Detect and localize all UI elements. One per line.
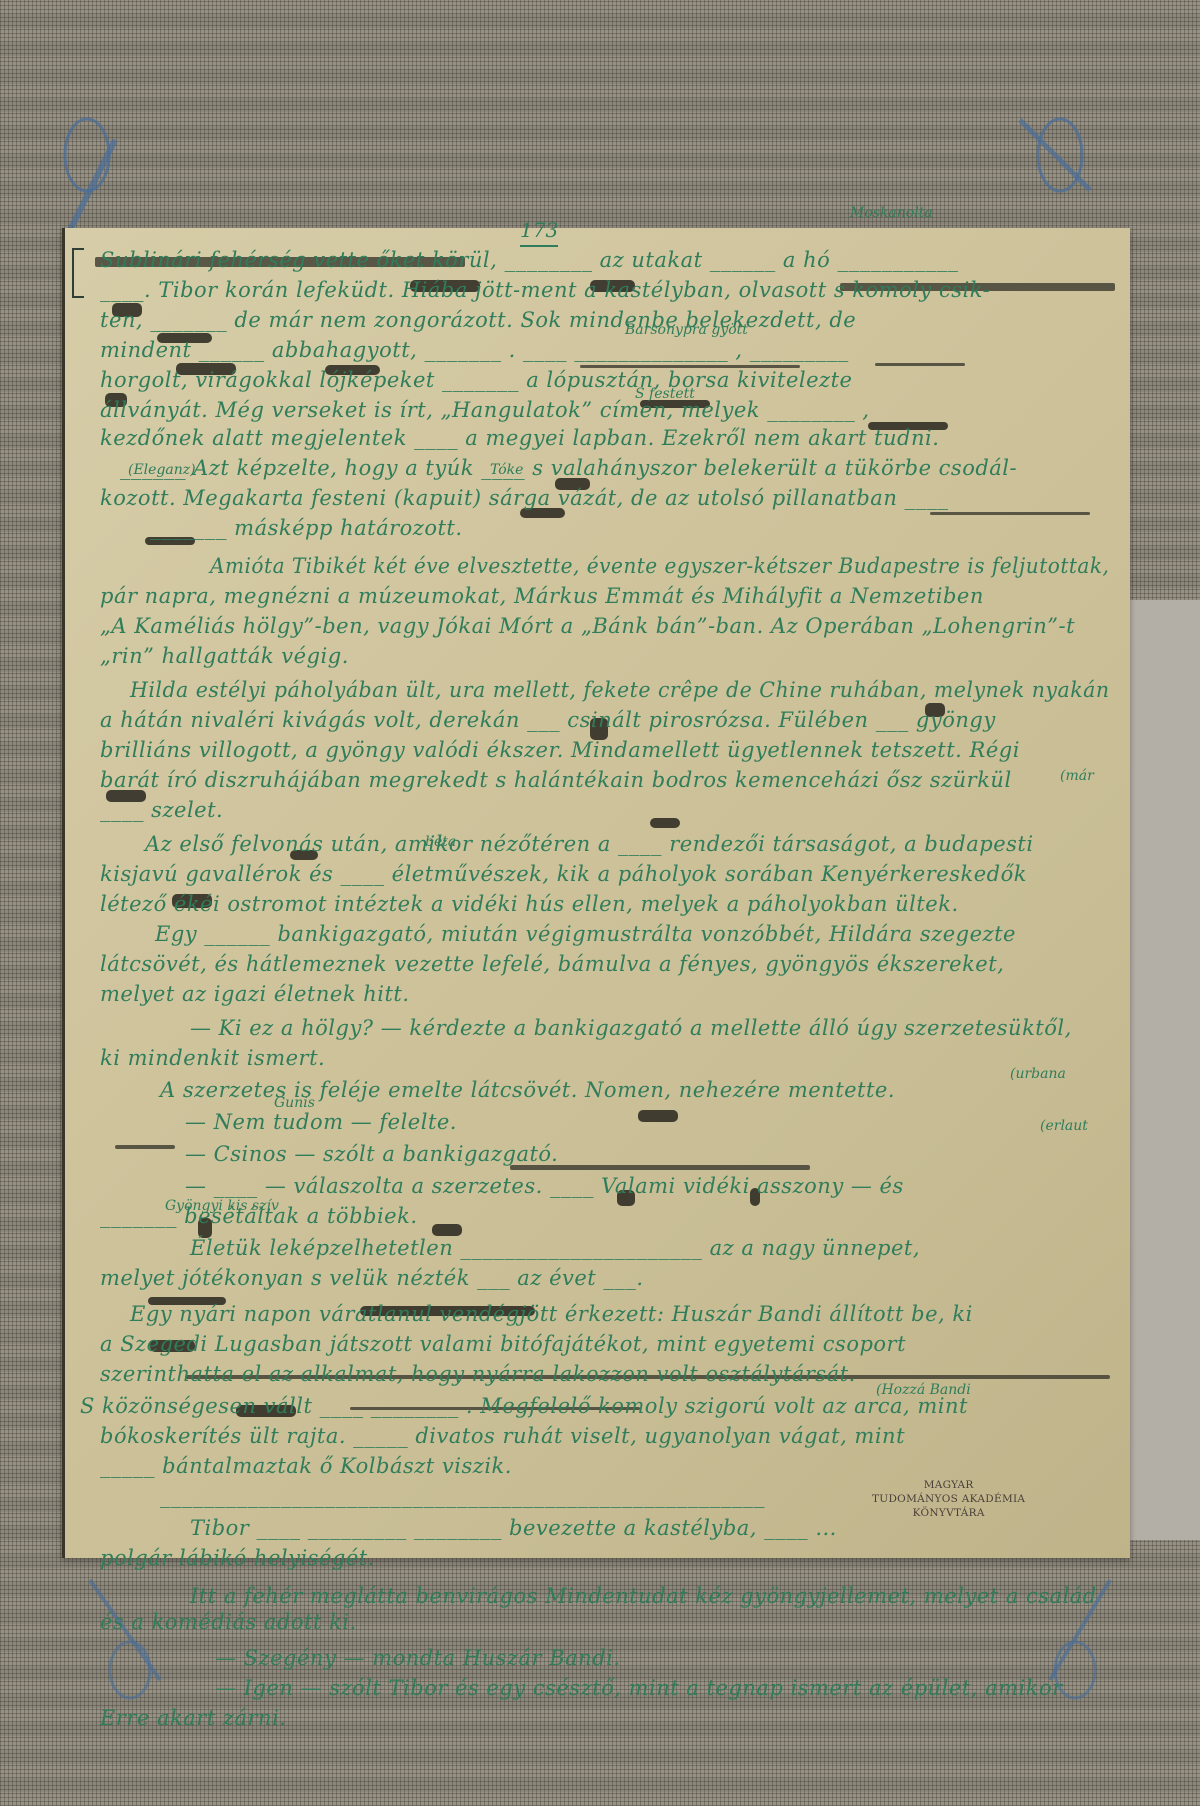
interlinear-note: (Eleganz) bbox=[128, 462, 196, 478]
page-number-underline bbox=[520, 245, 558, 247]
deletion-blot bbox=[638, 1110, 678, 1122]
interlinear-note: Tóke bbox=[490, 462, 523, 478]
manuscript-line: szerinthatta el az alkalmat, hogy nyárra… bbox=[100, 1362, 856, 1386]
manuscript-line: pár napra, megnézni a múzeumokat, Márkus… bbox=[100, 584, 984, 608]
interlinear-note: béta bbox=[425, 834, 456, 850]
manuscript-line: állványát. Még verseket is írt, „Hangula… bbox=[100, 398, 870, 422]
backing-card bbox=[1118, 600, 1200, 1540]
manuscript-line: S közönségesen vállt ____ ________ . Meg… bbox=[80, 1394, 968, 1418]
manuscript-line: _____ bántalmaztak ő Kolbászt viszik. bbox=[100, 1454, 512, 1478]
manuscript-line: melyet az igazi életnek hitt. bbox=[100, 982, 410, 1006]
margin-bracket bbox=[72, 248, 84, 298]
interlinear-note: (erlaut bbox=[1040, 1118, 1088, 1134]
manuscript-line: A szerzetes is feléje emelte látcsövét. … bbox=[160, 1078, 895, 1102]
stamp-line-3: KÖNYVTÁRA bbox=[872, 1506, 1025, 1520]
manuscript-line: Amióta Tibikét két éve elvesztette, éven… bbox=[210, 554, 1109, 578]
manuscript-line: mindent ______ abbahagyott, _______ . __… bbox=[100, 338, 849, 362]
manuscript-line: Erre akart zárni. bbox=[100, 1706, 286, 1730]
strike-through bbox=[930, 512, 1090, 515]
manuscript-line: Az első felvonás után, amikor nézőtéren … bbox=[145, 832, 1034, 856]
manuscript-line: polgár lábikó helyiségét. bbox=[100, 1546, 375, 1570]
manuscript-line: ____ szelet. bbox=[100, 798, 223, 822]
manuscript-line: kezdőnek alatt megjelentek ____ a megyei… bbox=[100, 426, 939, 450]
manuscript-line: — Igen — szólt Tibor és egy csésztő, min… bbox=[215, 1676, 1063, 1700]
manuscript-line: látcsövét, és hátlemeznek vezette lefelé… bbox=[100, 952, 1004, 976]
interlinear-note: Gunis bbox=[274, 1095, 315, 1111]
page-number: 173 bbox=[520, 218, 558, 242]
manuscript-line: bókoskerítés ült rajta. _____ divatos ru… bbox=[100, 1424, 905, 1448]
interlinear-note: S festett bbox=[635, 386, 695, 402]
corner-mark-bottom-left-icon bbox=[80, 1560, 170, 1710]
manuscript-line: Itt a fehér meglátta benvirágos Mindentu… bbox=[190, 1584, 1097, 1608]
manuscript-line: — Ki ez a hölgy? — kérdezte a bankigazga… bbox=[190, 1016, 1072, 1040]
manuscript-line: — ____ — válaszolta a szerzetes. ____ Va… bbox=[185, 1174, 904, 1198]
deletion-blot bbox=[432, 1224, 462, 1236]
manuscript-line: „A Kaméliás hölgy”-ben, vagy Jókai Mórt … bbox=[100, 614, 1075, 638]
manuscript-line: létező ékéi ostromot intéztek a vidéki h… bbox=[100, 892, 959, 916]
strike-through bbox=[875, 363, 965, 366]
interlinear-note: Barsonypra gyött bbox=[625, 322, 748, 338]
manuscript-line: kozott. Megakarta festeni (kapuit) sárga… bbox=[100, 486, 949, 510]
manuscript-line: Életük leképzelhetetlen ________________… bbox=[190, 1236, 920, 1260]
manuscript-line: ki mindenkit ismert. bbox=[100, 1046, 325, 1070]
manuscript-line: „rin” hallgatták végig. bbox=[100, 644, 349, 668]
manuscript-line: a hátán nivaléri kivágás volt, derekán _… bbox=[100, 708, 996, 732]
library-stamp: MAGYAR TUDOMÁNYOS AKADÉMIA KÖNYVTÁRA bbox=[872, 1478, 1025, 1520]
manuscript-line: kisjavú gavallérok és ____ életművészek,… bbox=[100, 862, 1027, 886]
manuscript-line: — Nem tudom — felelte. bbox=[185, 1110, 457, 1134]
manuscript-line: Egy nyári napon váratlanul vendégjött ér… bbox=[130, 1302, 973, 1326]
manuscript-line: ________________________________________… bbox=[160, 1484, 765, 1508]
interlinear-note: (már bbox=[1060, 768, 1094, 784]
manuscript-line: — Szegény — mondta Huszár Bandi. bbox=[215, 1646, 621, 1670]
interlinear-note: (Hozzá Bandi bbox=[876, 1382, 971, 1398]
stamp-line-2: TUDOMÁNYOS AKADÉMIA bbox=[872, 1492, 1025, 1506]
strike-through bbox=[115, 1145, 175, 1149]
stamp-line-1: MAGYAR bbox=[872, 1478, 1025, 1492]
deletion-blot bbox=[650, 818, 680, 828]
manuscript-line: — Csinos — szólt a bankigazgató. bbox=[185, 1142, 558, 1166]
manuscript-line: melyet jótékonyan s velük nézték ___ az … bbox=[100, 1266, 644, 1290]
manuscript-line: _______ másképp határozott. bbox=[150, 516, 463, 540]
interlinear-note: Gyöngyi kis szív bbox=[165, 1198, 279, 1214]
manuscript-line: a Szegedi Lugasban játszott valami bitóf… bbox=[100, 1332, 906, 1356]
manuscript-line: brilliáns villogott, a gyöngy valódi éks… bbox=[100, 738, 1020, 762]
manuscript-line: barát író diszruhájában megrekedt s halá… bbox=[100, 768, 1012, 792]
interlinear-note: Moskanolta bbox=[850, 205, 933, 221]
interlinear-note: (urbana bbox=[1010, 1066, 1066, 1082]
manuscript-line: Tibor ____ _________ ________ bevezette … bbox=[190, 1516, 837, 1540]
manuscript-line: ______ Azt képzelte, hogy a tyúk ____ s … bbox=[120, 456, 1017, 480]
manuscript-line: Sublinári fehérség vette őket körül, ___… bbox=[100, 248, 958, 272]
manuscript-line: és a komédiás adott ki. bbox=[100, 1610, 357, 1634]
manuscript-line: ____. Tibor korán lefeküdt. Hiába jött-m… bbox=[100, 278, 990, 302]
manuscript-line: horgolt, virágokkal lójképeket _______ a… bbox=[100, 368, 852, 392]
manuscript-line: Hilda estélyi páholyában ült, ura mellet… bbox=[130, 678, 1110, 702]
manuscript-line: Egy ______ bankigazgató, miután végigmus… bbox=[155, 922, 1016, 946]
